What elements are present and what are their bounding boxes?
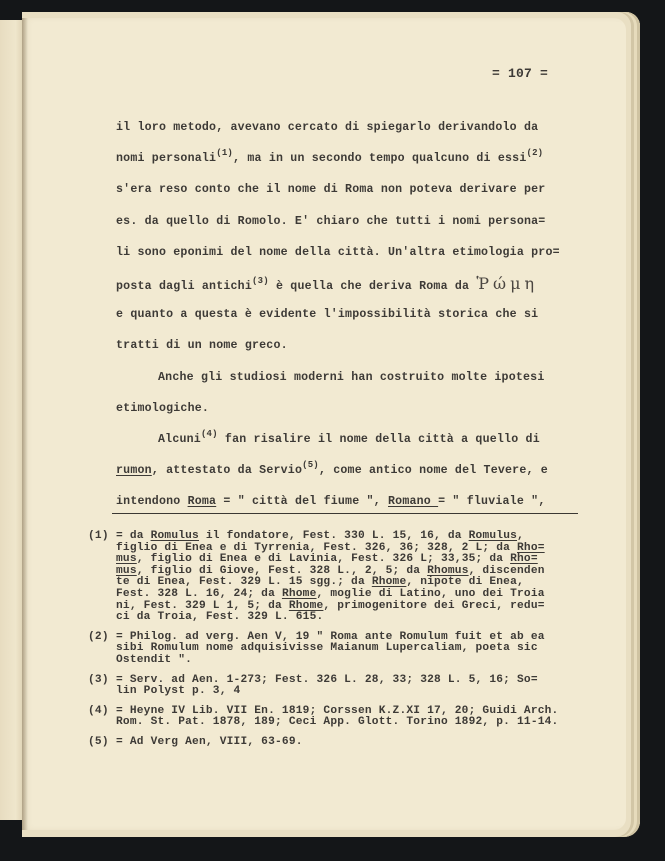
underlined-term: Rhome [282, 588, 317, 600]
footnote-line: lin Polyst p. 3, 4 [116, 686, 588, 698]
text-run: tratti di un nome greco. [116, 339, 288, 352]
underlined-term: Romulus [469, 530, 517, 542]
text-run: s'era reso conto che il nome di Roma non… [116, 183, 545, 196]
footnote-text: = Ad Verg Aen, VIII, 63-69. [116, 737, 588, 749]
footnote-line: ci da Troia, Fest. 329 L. 615. [116, 612, 588, 624]
footnote-line: = Ad Verg Aen, VIII, 63-69. [116, 737, 588, 749]
text-run: li sono eponimi del nome della città. Un… [116, 246, 560, 259]
footnote-number: (4) [88, 706, 116, 729]
underlined-term: Rhome [289, 600, 324, 612]
footnote-number: (3) [88, 675, 116, 698]
text-run: nomi personali [116, 152, 216, 165]
body-line: posta dagli antichi(3) è quella che deri… [116, 268, 586, 299]
body-line: il loro metodo, avevano cercato di spieg… [116, 112, 586, 143]
text-run: , attestato da Servio [152, 464, 302, 477]
footnote: (2)= Philog. ad verg. Aen V, 19 " Roma a… [88, 632, 588, 667]
body-line: li sono eponimi del nome della città. Un… [116, 237, 586, 268]
text-run: il fondatore, Fest. 330 L. 15, 16, da [199, 530, 469, 542]
text-run: es. da quello di Romolo. E' chiaro che t… [116, 215, 545, 228]
footnote-line: Rom. St. Pat. 1878, 189; Ceci App. Glott… [116, 717, 588, 729]
body-line: etimologiche. [116, 393, 586, 424]
text-run: = Philog. ad verg. Aen V, 19 " Roma ante… [116, 631, 545, 643]
footnote-text: = Philog. ad verg. Aen V, 19 " Roma ante… [116, 632, 588, 667]
text-run: te di Enea, Fest. 329 L. 15 sgg.; da [116, 576, 372, 588]
text-run: Ostendit ". [116, 654, 192, 666]
footnote-text: = Serv. ad Aen. 1-273; Fest. 326 L. 28, … [116, 675, 588, 698]
footnote-reference: (2) [526, 148, 543, 158]
text-run: , figlio di Giove, Fest. 328 L., 2, 5; d… [137, 565, 427, 577]
body-line: Alcuni(4) fan risalire il nome della cit… [116, 424, 586, 455]
text-run: , discenden [469, 565, 545, 577]
body-text: il loro metodo, avevano cercato di spieg… [116, 112, 586, 517]
underlined-term: Roma [188, 495, 217, 508]
underlined-term: mus [116, 553, 137, 565]
text-run: = Heyne IV Lib. VII En. 1819; Corssen K.… [116, 705, 558, 717]
text-run: intendono [116, 495, 188, 508]
text-run: , nipote di Enea, [406, 576, 524, 588]
text-run: Alcuni [158, 433, 201, 446]
text-run: , [517, 530, 524, 542]
text-run: Anche gli studiosi moderni han costruito… [158, 371, 545, 384]
text-run: , come antico nome del Tevere, e [319, 464, 548, 477]
text-run: = da [116, 530, 151, 542]
body-line: rumon, attestato da Servio(5), come anti… [116, 455, 586, 486]
footnote-reference: (5) [302, 460, 319, 470]
body-line: tratti di un nome greco. [116, 330, 586, 361]
footnote: (5)= Ad Verg Aen, VIII, 63-69. [88, 737, 588, 749]
footnote-text: = da Romulus il fondatore, Fest. 330 L. … [116, 531, 588, 624]
text-run: fan risalire il nome della città a quell… [218, 433, 540, 446]
underlined-term: mus [116, 565, 137, 577]
text-run: Rom. St. Pat. 1878, 189; Ceci App. Glott… [116, 716, 558, 728]
text-run: figlio di Enea e di Tyrrenia, Fest. 326,… [116, 542, 517, 554]
text-run: , ma in un secondo tempo qualcuno di ess… [233, 152, 526, 165]
text-run: , moglie di Latino, uno dei Troia [317, 588, 545, 600]
footnote-reference: (4) [201, 429, 218, 439]
text-run: = " fluviale ", [438, 495, 545, 508]
text-run: sibi Romulum nome adquisivisse Maianum L… [116, 642, 538, 654]
underlined-term: Rhomus [427, 565, 468, 577]
text-run: e quanto a questa è evidente l'impossibi… [116, 308, 538, 321]
underlined-term: Romulus [151, 530, 199, 542]
footnote-text: = Heyne IV Lib. VII En. 1819; Corssen K.… [116, 706, 588, 729]
text-run: ni, Fest. 329 L 1, 5; da [116, 600, 289, 612]
body-line: e quanto a questa è evidente l'impossibi… [116, 299, 586, 330]
body-line: Anche gli studiosi moderni han costruito… [116, 362, 586, 393]
text-run: , primogenitore dei Greci, redu= [323, 600, 544, 612]
gutter-shadow [22, 18, 28, 830]
footnotes: (1)= da Romulus il fondatore, Fest. 330 … [88, 531, 588, 757]
footnote-separator [112, 513, 578, 514]
text-run: è quella che deriva Roma da [269, 280, 477, 293]
body-line: es. da quello di Romolo. E' chiaro che t… [116, 206, 586, 237]
text-run: ci da Troia, Fest. 329 L. 615. [116, 611, 323, 623]
footnote-number: (5) [88, 737, 116, 749]
text-run: etimologiche. [116, 402, 209, 415]
footnote: (4)= Heyne IV Lib. VII En. 1819; Corssen… [88, 706, 588, 729]
footnote-reference: (3) [252, 276, 269, 286]
footnote: (1)= da Romulus il fondatore, Fest. 330 … [88, 531, 588, 624]
body-line: nomi personali(1), ma in un secondo temp… [116, 143, 586, 174]
text-run: Fest. 328 L. 16, 24; da [116, 588, 282, 600]
body-line: s'era reso conto che il nome di Roma non… [116, 174, 586, 205]
footnote-line: Ostendit ". [116, 655, 588, 667]
underlined-term: Rhome [372, 576, 407, 588]
text-run: il loro metodo, avevano cercato di spieg… [116, 121, 538, 134]
text-run: = Ad Verg Aen, VIII, 63-69. [116, 736, 303, 748]
text-run: , figlio di Enea e di Lavinia, Fest. 326… [137, 553, 510, 565]
text-run: = Serv. ad Aen. 1-273; Fest. 326 L. 28, … [116, 674, 538, 686]
underlined-term: Romano [388, 495, 438, 508]
underlined-term: Rho= [517, 542, 545, 554]
footnote-reference: (1) [216, 148, 233, 158]
footnote-number: (2) [88, 632, 116, 667]
page-number: = 107 = [492, 66, 548, 81]
handwritten-greek-word: Ῥώμη [476, 274, 538, 293]
text-run: lin Polyst p. 3, 4 [116, 685, 240, 697]
underlined-term: Rho= [510, 553, 538, 565]
footnote-number: (1) [88, 531, 116, 624]
footnote: (3)= Serv. ad Aen. 1-273; Fest. 326 L. 2… [88, 675, 588, 698]
text-run: = " città del fiume ", [216, 495, 388, 508]
underlined-term: rumon [116, 464, 152, 477]
text-run: posta dagli antichi [116, 280, 252, 293]
